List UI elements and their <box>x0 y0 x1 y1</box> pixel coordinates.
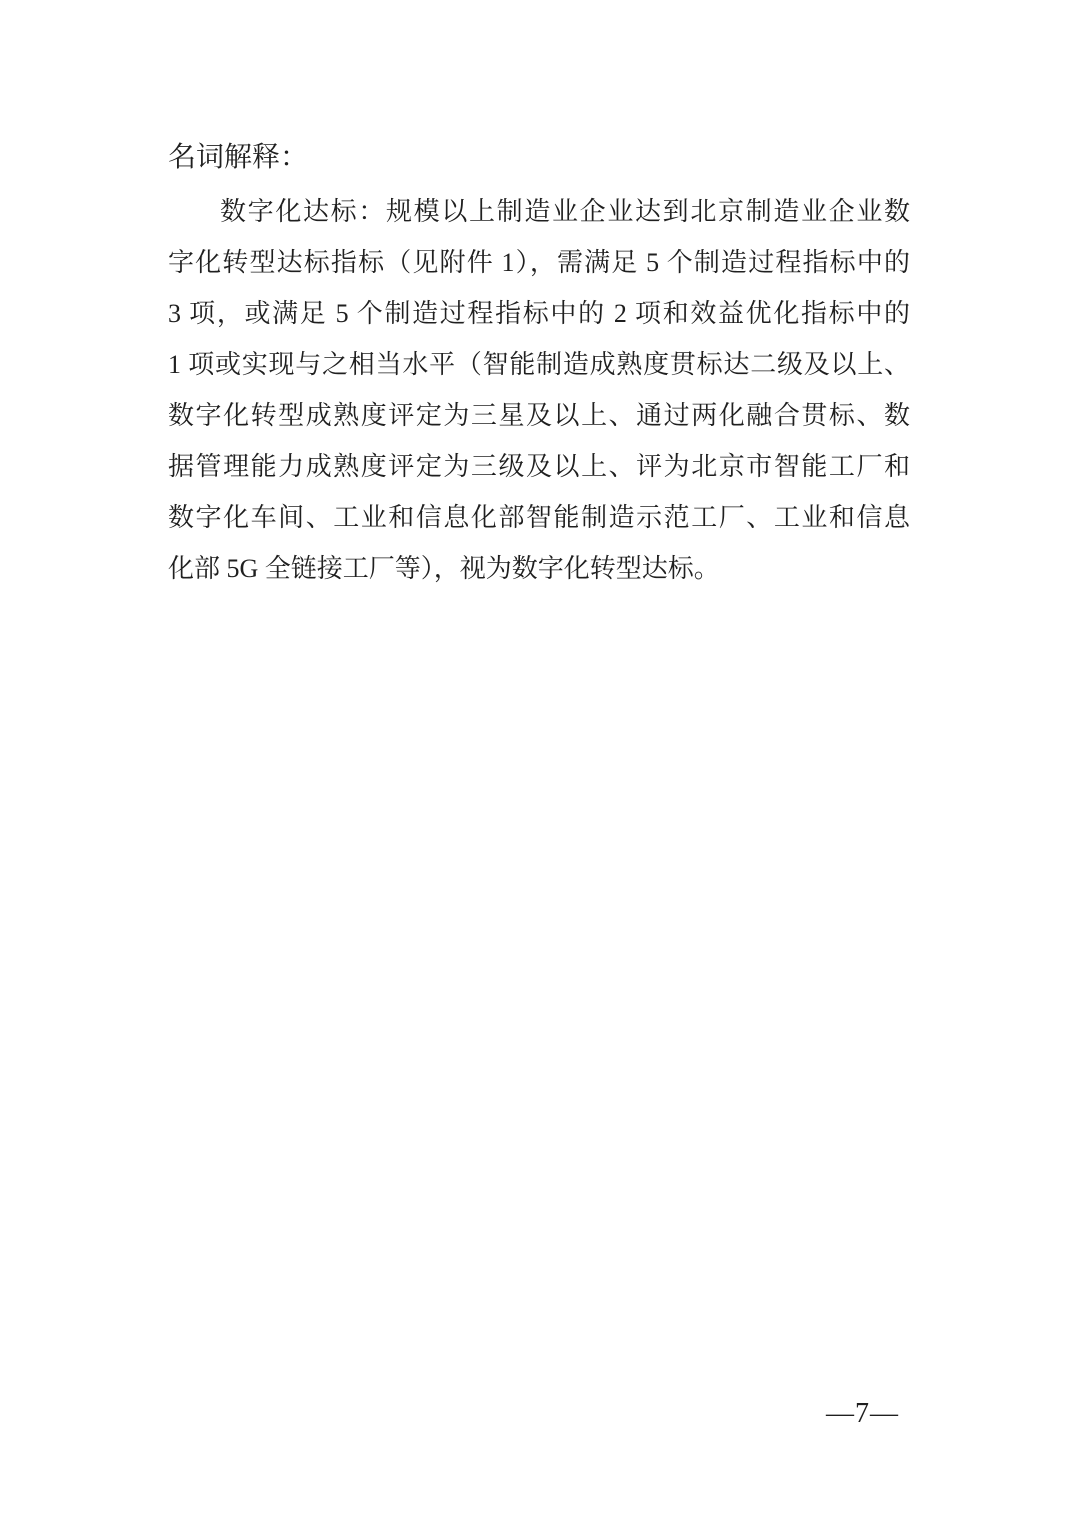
paragraph-line: 1 项或实现与之相当水平（智能制造成熟度贯标达二级及以上、 <box>168 339 910 390</box>
paragraph: 数字化达标：规模以上制造业企业达到北京制造业企业数 字化转型达标指标（见附件 1… <box>168 186 910 594</box>
page-number: —7— <box>826 1396 899 1432</box>
document-page: 名词解释： 数字化达标：规模以上制造业企业达到北京制造业企业数 字化转型达标指标… <box>0 0 1080 1527</box>
text-block: 名词解释： 数字化达标：规模以上制造业企业达到北京制造业企业数 字化转型达标指标… <box>168 132 910 594</box>
paragraph-line: 化部 5G 全链接工厂等），视为数字化转型达标。 <box>168 543 910 594</box>
paragraph-line: 数字化达标：规模以上制造业企业达到北京制造业企业数 <box>168 186 910 237</box>
paragraph-line: 字化转型达标指标（见附件 1），需满足 5 个制造过程指标中的 <box>168 237 910 288</box>
paragraph-line: 数字化车间、工业和信息化部智能制造示范工厂、工业和信息 <box>168 492 910 543</box>
paragraph-line: 数字化转型成熟度评定为三星及以上、通过两化融合贯标、数 <box>168 390 910 441</box>
section-heading: 名词解释： <box>168 132 910 184</box>
paragraph-line: 3 项，或满足 5 个制造过程指标中的 2 项和效益优化指标中的 <box>168 288 910 339</box>
paragraph-line: 据管理能力成熟度评定为三级及以上、评为北京市智能工厂和 <box>168 441 910 492</box>
